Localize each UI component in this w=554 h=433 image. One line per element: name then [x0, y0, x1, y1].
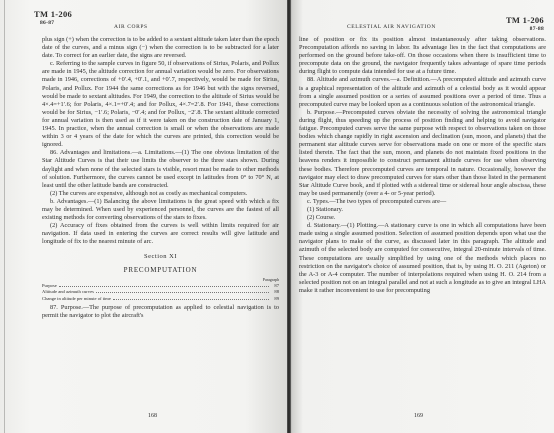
toc-row: Change in altitude per minute of time 89 [42, 296, 279, 302]
paragraph-87: 87. Purpose.—The purpose of precomputati… [42, 304, 279, 320]
section-label: Section XI [42, 253, 279, 261]
paragraph-86-heading: 86. Advantages and limitations.—a. Limit… [42, 149, 279, 189]
book-spread: TM 1-206 86-87 AIR CORPS plus sign (+) w… [0, 0, 554, 433]
leader-dots [96, 292, 269, 293]
tm-number: TM 1-206 [34, 9, 72, 19]
list-item: (2) Course. [299, 214, 546, 222]
right-page-header: CELESTIAL AIR NAVIGATION TM 1-206 87-88 [299, 10, 546, 36]
paragraph: c. Referring to the sample curves in fig… [42, 60, 279, 149]
paragraph: line of position or fix its position alm… [299, 36, 546, 76]
tm-number: TM 1-206 [506, 15, 544, 25]
book-gutter [287, 0, 291, 433]
section-title: PRECOMPUTATION [42, 266, 279, 274]
leader-dots [59, 286, 269, 287]
page-edge-line [4, 0, 5, 433]
paragraph: b. Advantages.—(1) Balancing the above l… [42, 198, 279, 222]
tm-code: TM 1-206 87-88 [506, 16, 544, 34]
paragraph: d. Stationary.—(1) Plotting.—A stationar… [299, 222, 546, 295]
paragraph: b. Purpose.—Precomputed curves obviate t… [299, 109, 546, 198]
left-body-text: plus sign (+) when the correction is to … [42, 36, 279, 320]
right-body-text: line of position or fix its position alm… [299, 36, 546, 295]
running-head: AIR CORPS [114, 24, 148, 30]
list-item: (1) Stationary. [299, 206, 546, 214]
toc-label: Change in altitude per minute of time [42, 296, 111, 302]
paragraph: (2) Accuracy of fixes obtained from the … [42, 222, 279, 246]
paragraph: (2) The curves are expensive, although n… [42, 190, 279, 198]
page-number: 168 [148, 413, 157, 419]
paragraph: c. Types.—The two types of precomputed c… [299, 198, 546, 206]
left-page: TM 1-206 86-87 AIR CORPS plus sign (+) w… [0, 0, 289, 433]
running-head: CELESTIAL AIR NAVIGATION [347, 24, 436, 30]
right-page: CELESTIAL AIR NAVIGATION TM 1-206 87-88 … [289, 0, 554, 433]
tm-code: TM 1-206 86-87 [34, 10, 72, 28]
toc-number: 89 [271, 296, 279, 302]
left-page-header: TM 1-206 86-87 AIR CORPS [42, 10, 279, 36]
page-number: 169 [414, 413, 423, 419]
paragraph: plus sign (+) when the correction is to … [42, 36, 279, 60]
tm-paragraph-range: 87-88 [506, 25, 544, 34]
paragraph-88-heading: 88. Altitude and azimuth curves.—a. Defi… [299, 76, 546, 108]
leader-dots [113, 299, 269, 300]
tm-paragraph-range: 86-87 [34, 19, 72, 28]
section-contents: Paragraph Purpose 87 Altitude and azimut… [42, 277, 279, 302]
